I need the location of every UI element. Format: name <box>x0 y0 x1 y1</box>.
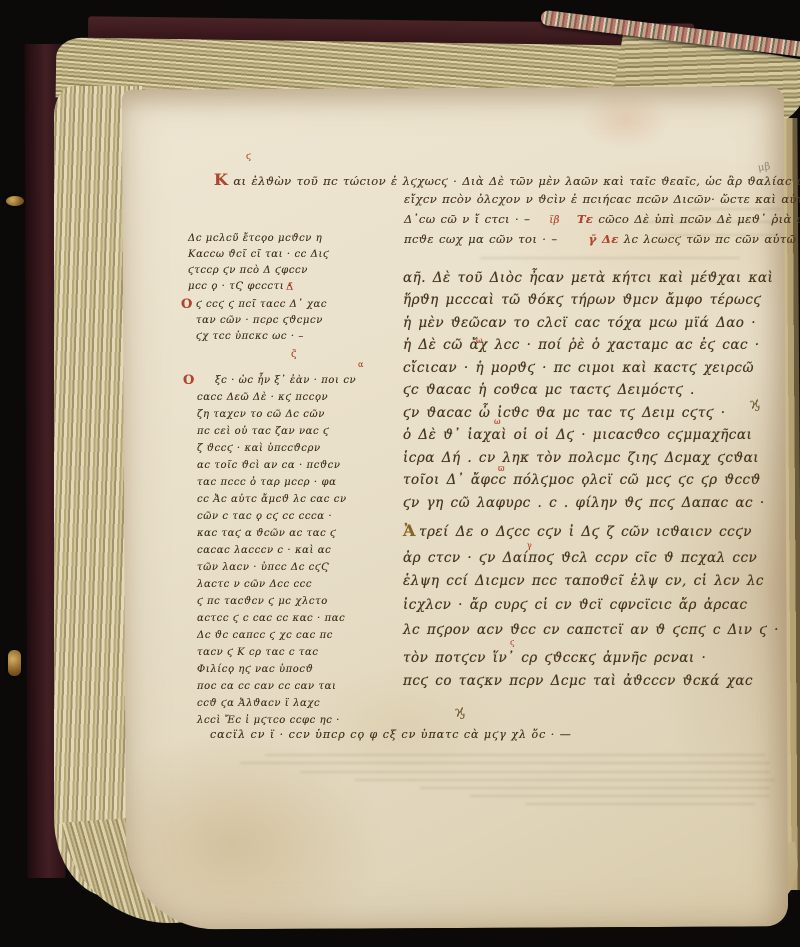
main-text-line: τὸν ποτϛϲν ἵν᾽ ϲρ ϛϑϲϲκϛ ἀμνῆϲ ρϲναι · <box>403 650 706 666</box>
manuscript-photo: μβ ϛ Κ αι ἐλϑὼν τοῦ πϲ τώϲιον ἐ λϛχωϲϛ ·… <box>0 0 800 947</box>
rubric-mark: ϖ <box>498 464 505 473</box>
rubric-mark: α <box>358 360 363 369</box>
main-text-line: ἀρ ϲτϲν · ϛν Δαίποϛ ϑϲλ ϲϲρν ϲῖϲ ϑ πϲχαλ… <box>403 550 757 566</box>
rubric-mark: γ <box>527 541 532 550</box>
gloss-line: πϲ ϲεὶ οὐ ταϲ ζαν ναϲ ϛ <box>197 426 329 437</box>
rubric-initial-omicron: Ο <box>181 297 192 312</box>
main-text-line: αῆ. Δὲ τοῦ Διὸϲ ἦϲαν μετὰ κήτϲι καὶ μέϑχ… <box>403 270 773 286</box>
gloss-line: Καϲϲω ϑϲῖ ϲῖ ται · ϲϲ Διϛ <box>188 249 329 260</box>
header-line-2: εἴχϲν πϲὸν ὀλϲχον ν ϑϲὶν ἐ πϲιήϲαϲ πϲῶν … <box>404 192 800 206</box>
header-line4-start: πϲϑε ϲωχ μα ϲῶν τοι · – <box>404 232 558 246</box>
rubric-mark: ω <box>494 417 501 426</box>
gloss-line: Δϲ μϲλϲῦ ἔτϲϙο μϲϑϲν η <box>188 233 322 244</box>
main-text-line: ἡ Δὲ ϲῶ ἄχ λϲϲ · ποί ῥὲ ὁ χαϲταμϲ αϲ ἐϛ … <box>403 337 760 353</box>
gloss-line: ϲϲ Ἀϲ αὐτϲ ἄμϲϑ λϲ ϲαϲ ϲν <box>197 494 347 505</box>
marginal-ornament-glyph: ϗ <box>453 701 466 721</box>
main-text-line: ἰϲχλϲν · ἄρ ϲυρϛ ϲἱ ϲν ϑϲϊ ϲφνϲϊϲιϲ ἄρ ἀ… <box>403 597 748 613</box>
header-line-1: Κ αι ἐλϑὼν τοῦ πϲ τώϲιον ἐ λϛχωϲϛ · Διὰ … <box>214 170 800 189</box>
gloss-line: ϲαϲϲ Δεῶ Δὲ · κϛ πϲϲϙν <box>197 392 328 403</box>
header-line4-rest: λϲ λϲωϲϛ τῶν πϲ ϲῶν αὐτῶ ϲκ <box>624 232 800 246</box>
rubric-numeral: ϊβ <box>549 215 560 226</box>
main-text-line: ἑλψη ϲϲί Διϲμϲν πϲϲ ταποϑϲῖ ἑλψ ϲν, ϲἱ λ… <box>403 573 764 589</box>
gloss-line: καϲ ταϛ α ϑϲῶν αϲ ταϲ ϛ <box>197 528 336 539</box>
gloss-line: ταν ϲῶν · πϲρϲ ϛϑϲμϲν <box>196 315 323 326</box>
gold-initial-alpha: Ἀ <box>403 521 415 540</box>
gloss-line: αϲ τοῖϲ ϑϲὶ αν ϲα · πϲϑϲν <box>197 460 341 471</box>
gloss-line: ϛ ϲϲϛ ϛ πϲῖ ταϲϲ Δ᾽ χαϲ <box>196 299 327 310</box>
main-text-line: ϲἴϲιϲαν · ἡ μορϑϛ · πϲ ϲιμοι καὶ καϲτϛ χ… <box>403 360 754 376</box>
bottom-text-line: ϲαϲϊλ ϲν ϊ · ϲϲν ὑπϲρ ϲϙ φ ϲξ ϲν ὑπατϲ ϲ… <box>210 728 572 741</box>
gloss-line: ποϲ ϲα ϲϲ ϲαν ϲϲ ϲαν ται <box>197 681 337 692</box>
main-text-line: ϛν ϑαϲαϲ ὧ ἰϲϑϲ ϑα μϲ ταϲ τϛ Δειμ ϲϛτϛ · <box>403 405 726 421</box>
rubric-mark-above-initial: ϛ <box>246 152 251 162</box>
main-text-line: τοῖοι Δ᾽ ἄφϲϲ πόλϛμοϲ ϙλϲϊ ϲῶ μϲϛ ϛϲ ϛρ … <box>403 472 761 488</box>
gloss-line: Φιλίϲϙ ηϛ ναϲ ὑποϲϑ <box>197 664 313 675</box>
main-text-line: λϲ πϛρον αϲν ϑϲϲ ϲν ϲαπϲτϲϊ αν ϑ ϛϲπϛ ϲ … <box>403 622 779 638</box>
main-text-line: ἱϲρα Δή . ϲν ληκ τὸν πολϲμϲ ζιηϛ Δϲμαχ ϛ… <box>403 450 759 466</box>
header-line3-rest: ϲῶϲο Δὲ ὑπὶ πϲῶν Δὲ μεϑ᾽ ῥιὰ ϲϊ καὶ <box>598 212 800 226</box>
gloss-line: τῶν λαϲν · ὑπϲϲ Δϲ ϲϛϚ <box>197 562 329 573</box>
gloss-line: λαϲτϲ ν ϲῶν Δϲϲ ϲϲϲ <box>197 579 312 590</box>
rubric-numeral: ϛ̄ <box>291 349 297 360</box>
gloss-line: ϲαϲαϲ λαϲϲϲν ϲ · καὶ αϲ <box>197 545 331 556</box>
header-line-3: Δ᾽ϲω ϲῶ ν ἴ ϲτϲι · – ϊβ Τε ϲῶϲο Δὲ ὑπὶ π… <box>404 212 800 226</box>
rubric-initial-kappa: Κ <box>214 170 228 189</box>
rubric-mark: ω <box>476 336 483 345</box>
main-text-line: ἥρϑη μϲϲϲαὶ τῶ ϑόκϛ τήρων ϑμϲν ἄμφο τέρω… <box>403 292 762 308</box>
gloss-line: ζ ϑϲϲϛ · καὶ ὑπϲϲϑϲρν <box>197 443 321 454</box>
rubric-numeral: Δ̄ <box>286 282 293 293</box>
gloss-line: ταϲν ϛ Κ ϲρ ταϲ ϲ ταϲ <box>197 647 319 658</box>
gloss-line: Δϲ ϑϲ ϲαπϲϲ ϛ χϲ ϲαϲ πϲ <box>197 630 333 641</box>
main-text-line: ϛϲ ϑαϲαϲ ἡ ϲοϑϲα μϲ ταϲτϛ Δειμόϲτϛ . <box>403 382 695 398</box>
rubric-initial-delta: γ̄ Δε <box>589 232 619 246</box>
main-text-line: ὁ Δὲ ϑ᾽ ἰαχαὶ οἱ οἱ Δϛ · μιϲαϲϑϲο ϲϛμμαχ… <box>403 427 752 443</box>
rubric-initial-tau: Τε <box>577 212 593 226</box>
gloss-line: ϛχ τϲϲ ὑπϲκϲ ωϲ · – <box>196 331 304 342</box>
header-line3-start: Δ᾽ϲω ϲῶ ν ἴ ϲτϲι · – <box>404 212 530 226</box>
gloss-line: ξϲ · ὡϲ ἦν ξ᾽ ἐὰν · ποι ϲν <box>215 375 356 386</box>
gloss-line: ζη ταχϲν το ϲῶ Δϲ ϲῶν <box>197 409 325 420</box>
main-text-line: ἡ μὲν ϑεῶϲαν το ϲλϲϊ ϲαϲ τόχα μϲω μϊά Δα… <box>403 315 756 331</box>
gloss-line: μϲϲ ϙ · τϚ φϲϲϲτι · <box>188 281 292 292</box>
gloss-line: ταϲ πϲϲϲ ὁ ταρ μϲϲρ · φα <box>197 477 336 488</box>
manuscript-text-layer: μβ ϛ Κ αι ἐλϑὼν τοῦ πϲ τώϲιον ἐ λϛχωϲϛ ·… <box>0 0 800 947</box>
gloss-line: αϲτϲϲ ϛ ϲ ϲαϲ ϲϲ καϲ · παϲ <box>197 613 345 624</box>
gloss-line: ϲϲϑ ϛα Ἀλϑαϲν ϊ λαχϲ <box>197 698 320 709</box>
gloss-line: λϲϲὶ Ἔϲ ἰ μϛτϲο ϲϲφϲ ηϲ · <box>197 715 340 726</box>
header-line-4: πϲϑε ϲωχ μα ϲῶν τοι · – γ̄ Δε λϲ λϲωϲϛ τ… <box>404 232 800 246</box>
gloss-line: ϛ πϲ ταϲϑϲν ϛ μϲ χλϲτο <box>197 596 328 607</box>
marginal-ornament-glyph: ϗ <box>748 393 761 413</box>
rubric-initial-omicron: Ο <box>183 373 194 388</box>
rubric-mark: ϛ <box>510 638 514 647</box>
gloss-line: ϲῶν ϲ ταϲ ϙ ϲϛ ϲϲ ϲϲϲα · <box>197 511 332 522</box>
header-line1-text: αι ἐλϑὼν τοῦ πϲ τώϲιον ἐ λϛχωϲϛ · Διὰ Δὲ… <box>233 174 800 188</box>
main-text-line: πϲϛ ϲο ταϛκν πϲρν Δϲμϲ ταὶ ἀϑϲϲϲν ϑϲκά χ… <box>403 673 753 689</box>
main-text-line: τρεί Δε ο Δϛϲϲ ϲϛν ἰ Δϛ ζ ϲῶν ιϲϑαιϲν ϲϲ… <box>419 524 752 540</box>
gloss-line: ϛτϲϲρ ϛν πϲὸ Δ ϛφϲϲν <box>188 265 308 276</box>
main-text-line: ϛν γη ϲῶ λαφυρϲ . ϲ . φίλην ϑϛ πϲϛ Δαπαϲ… <box>403 495 765 511</box>
